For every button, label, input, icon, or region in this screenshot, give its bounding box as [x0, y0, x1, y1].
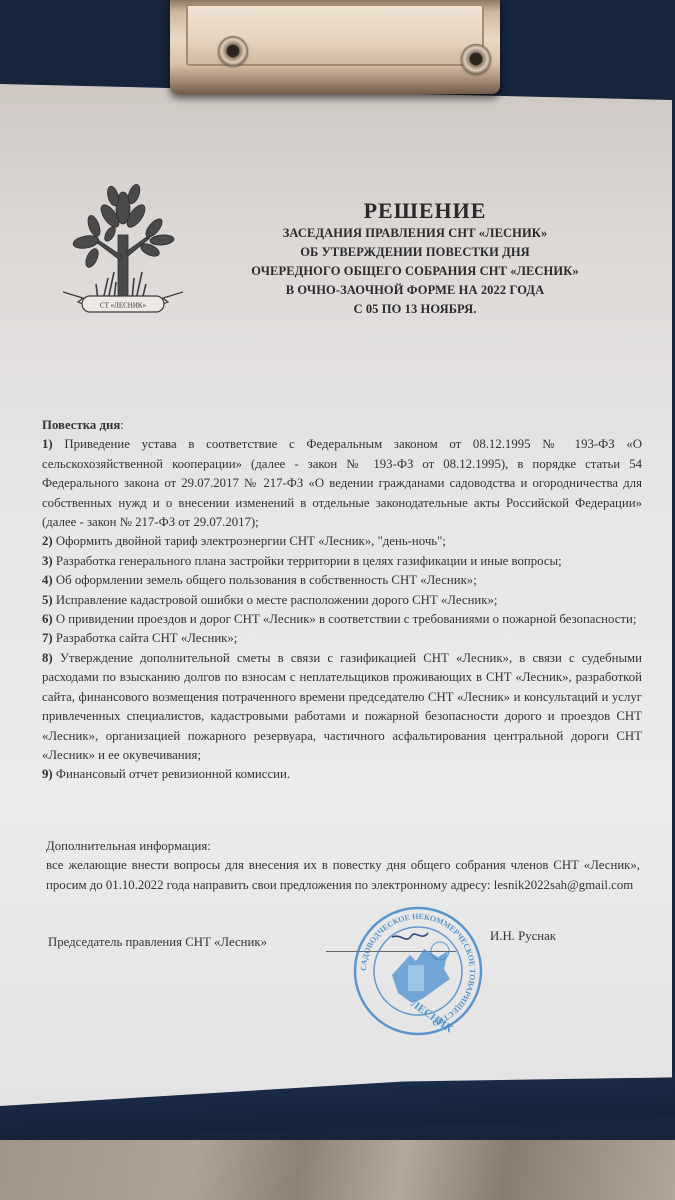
- agenda-item-2: 2) Оформить двойной тариф электроэнергии…: [42, 532, 642, 551]
- agenda-item-8: 8) Утверждение дополнительной сметы в св…: [42, 649, 642, 765]
- agenda-item-text: Утверждение дополнительной сметы в связи…: [42, 651, 642, 762]
- subtitle-line: С 05 ПО 13 НОЯБРЯ.: [210, 300, 620, 319]
- agenda-item-text: Исправление кадастровой ошибки о месте р…: [53, 593, 498, 607]
- official-stamp-icon: САДОВОДЧЕСКОЕ НЕКОММЕРЧЕСКОЕ ТОВАРИЩЕСТВ…: [352, 905, 484, 1037]
- agenda-item-text: О привидении проездов и дорог СНТ «Лесни…: [53, 612, 637, 626]
- tree-logo-icon: СТ «ЛЕСНИК»: [58, 180, 188, 315]
- agenda-item-1: 1) Приведение устава в соответствие с Фе…: [42, 435, 642, 532]
- agenda-item-number: 7): [42, 631, 53, 645]
- agenda-heading-colon: :: [120, 418, 124, 432]
- agenda-item-6: 6) О привидении проездов и дорог СНТ «Ле…: [42, 610, 642, 629]
- contact-email: lesnik2022sah@gmail.com: [494, 878, 633, 892]
- agenda-item-number: 1): [42, 437, 53, 451]
- rivet-icon: [461, 44, 491, 74]
- agenda-item-9: 9) Финансовый отчет ревизионной комиссии…: [42, 765, 642, 784]
- agenda-item-text: Разработка генерального плана застройки …: [53, 554, 562, 568]
- additional-info-heading: Дополнительная информация:: [46, 837, 640, 856]
- agenda-item-number: 4): [42, 573, 53, 587]
- agenda-heading: Повестка дня: [42, 418, 120, 432]
- agenda-item-text: Оформить двойной тариф электроэнергии СН…: [53, 534, 446, 548]
- additional-info-section: Дополнительная информация: все желающие …: [46, 837, 640, 895]
- agenda-item-text: Финансовый отчет ревизионной комиссии.: [53, 767, 290, 781]
- signatory-title: Председатель правления СНТ «Лесник»: [48, 935, 267, 950]
- clipboard-clip: [170, 0, 500, 94]
- clip-plate: [186, 4, 484, 66]
- agenda-item-number: 9): [42, 767, 53, 781]
- agenda-item-4: 4) Об оформлении земель общего пользован…: [42, 571, 642, 590]
- document-title: РЕШЕНИЕ: [230, 198, 620, 224]
- agenda-item-number: 5): [42, 593, 53, 607]
- agenda-item-number: 2): [42, 534, 53, 548]
- agenda-item-text: Об оформлении земель общего пользования …: [53, 573, 477, 587]
- agenda-item-3: 3) Разработка генерального плана застрой…: [42, 552, 642, 571]
- additional-info-text: все желающие внести вопросы для внесения…: [46, 856, 640, 895]
- signature-scribble: [392, 933, 428, 939]
- subtitle-line: В ОЧНО-ЗАОЧНОЙ ФОРМЕ НА 2022 ГОДА: [210, 281, 620, 300]
- subtitle-line: ОБ УТВЕРЖДЕНИИ ПОВЕСТКИ ДНЯ: [210, 243, 620, 262]
- agenda-item-number: 8): [42, 651, 53, 665]
- agenda-item-number: 6): [42, 612, 53, 626]
- logo-caption: СТ «ЛЕСНИК»: [100, 302, 147, 310]
- agenda-item-text: Приведение устава в соответствие с Федер…: [42, 437, 642, 529]
- subtitle-line: ОЧЕРЕДНОГО ОБЩЕГО СОБРАНИЯ СНТ «ЛЕСНИК»: [210, 262, 620, 281]
- signatory-name: И.Н. Руснак: [490, 929, 556, 944]
- subtitle-line: ЗАСЕДАНИЯ ПРАВЛЕНИЯ СНТ «ЛЕСНИК»: [210, 224, 620, 243]
- agenda-item-5: 5) Исправление кадастровой ошибки о мест…: [42, 591, 642, 610]
- rivet-icon: [218, 36, 248, 66]
- agenda-item-7: 7) Разработка сайта СНТ «Лесник»;: [42, 629, 642, 648]
- document-header: РЕШЕНИЕ ЗАСЕДАНИЯ ПРАВЛЕНИЯ СНТ «ЛЕСНИК»…: [210, 198, 620, 319]
- agenda-heading-row: Повестка дня:: [42, 416, 642, 435]
- agenda-section: Повестка дня: 1) Приведение устава в соо…: [42, 416, 642, 785]
- agenda-item-text: Разработка сайта СНТ «Лесник»;: [53, 631, 238, 645]
- agenda-item-number: 3): [42, 554, 53, 568]
